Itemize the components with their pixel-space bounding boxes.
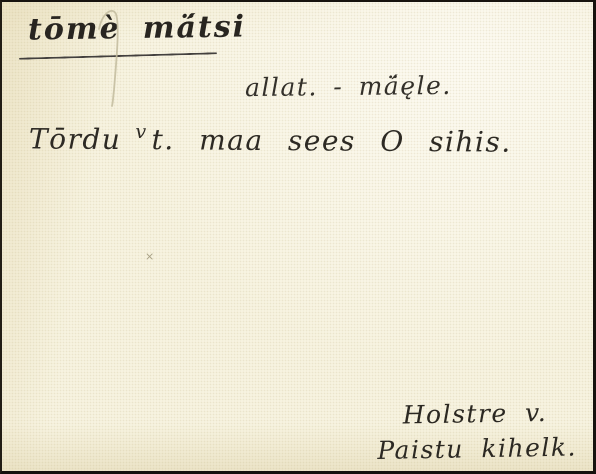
stray-mark: ×	[145, 250, 154, 263]
sentence-superscript: v	[135, 121, 147, 143]
municipality-line: Holstre v.	[403, 394, 577, 432]
headword: tōmèmä́tsi	[28, 9, 246, 47]
card-photo: tōmèmä́tsi allat. - mä́ęle. Tōrduvt. maa…	[0, 0, 596, 474]
example-sentence: Tōrduvt. maa sees O sihis.	[29, 120, 512, 158]
parish-line: Paistu kihelk.	[377, 429, 577, 467]
headword-word-2: mä́tsi	[142, 9, 246, 45]
sentence-continuation: t. maa sees O sihis.	[151, 123, 511, 159]
dialect-card: tōmèmä́tsi allat. - mä́ęle. Tōrduvt. maa…	[0, 0, 596, 474]
headword-underline	[19, 52, 217, 60]
signature-block: Holstre v. Paistu kihelk.	[403, 394, 578, 467]
sentence-lead: Tōrdu	[29, 122, 122, 156]
headword-word-1: tōmè	[28, 11, 121, 47]
allative-note: allat. - mä́ęle.	[245, 71, 452, 102]
